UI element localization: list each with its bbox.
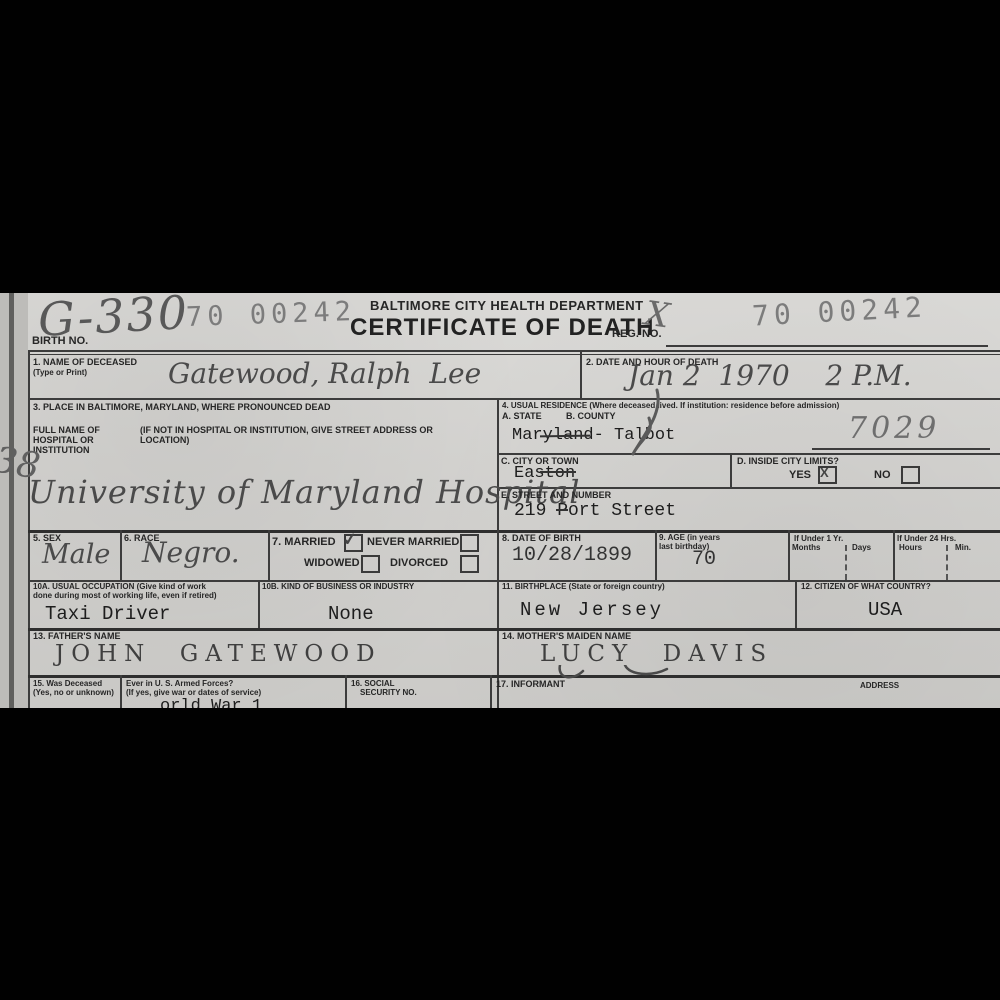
name-sublabel: (Type or Print) [33, 368, 87, 377]
mother-label: 14. MOTHER'S MAIDEN NAME [502, 631, 631, 641]
race-value: Negro. [142, 536, 240, 569]
residence-code-handwritten: 7029 [848, 411, 940, 446]
married-label: 7. MARRIED [272, 537, 336, 547]
residence-county-label: B. COUNTY [566, 411, 616, 421]
divorced-checkbox [460, 555, 479, 573]
form-line [893, 530, 895, 580]
residence-state-label: A. STATE [502, 411, 542, 421]
form-line [258, 580, 260, 628]
father-label: 13. FATHER'S NAME [33, 631, 121, 641]
place-value: University of Maryland Hospital [28, 473, 580, 511]
reg-no-stamp: 70 00242 [751, 293, 927, 333]
under-1yr-months-label: Months [792, 543, 820, 552]
mother-value: LUCY DAVIS [540, 641, 773, 667]
father-value: JOHN GATEWOOD [55, 641, 382, 667]
divorced-label: DIVORCED [390, 558, 448, 568]
armed-forces-label-b2: (If yes, give war or dates of service) [126, 688, 261, 697]
typed-strikethrough [540, 471, 576, 473]
armed-forces-value: orld War 1 [160, 697, 262, 708]
armed-forces-label-b1: Ever in U. S. Armed Forces? [126, 679, 233, 688]
armed-forces-label-a2: (Yes, no or unknown) [33, 688, 114, 697]
scan-edge-line [9, 293, 14, 708]
form-dashed-line [946, 545, 948, 580]
widowed-label: WIDOWED [304, 558, 360, 568]
form-line [28, 675, 1000, 678]
birth-no-label: BIRTH NO. [32, 336, 88, 346]
armed-forces-label-a1: 15. Was Deceased [33, 679, 102, 688]
form-line [655, 530, 657, 580]
file-number-stamp: 70 00242 [186, 296, 357, 333]
street-value: 219 Port Street [514, 501, 676, 521]
ssn-label-1: 16. SOCIAL [351, 679, 395, 688]
occupation-value: Taxi Driver [45, 603, 170, 625]
form-line [788, 530, 790, 580]
form-line [497, 453, 1000, 455]
code-underline [812, 448, 990, 450]
reg-no-underline [666, 345, 988, 347]
under-1yr-days-label: Days [852, 543, 871, 552]
scan-edge-strip [0, 293, 28, 708]
typed-strikethrough [556, 509, 568, 511]
certificate-document: G-330 70 00242 BIRTH NO. BALTIMORE CITY … [0, 293, 1000, 708]
occupation-label-1: 10A. USUAL OCCUPATION (Give kind of work [33, 582, 206, 591]
married-checkbox-mark: ✓ [342, 529, 358, 550]
sex-value: Male [42, 539, 110, 570]
under-24hrs-hours-label: Hours [899, 543, 922, 552]
pen-stroke [555, 665, 675, 687]
under-24hrs-min-label: Min. [955, 543, 971, 552]
occupation-label-2: done during most of working life, even i… [33, 591, 217, 600]
department-name: BALTIMORE CITY HEALTH DEPARTMENT [370, 301, 630, 311]
form-border-left [28, 350, 30, 708]
place-label: 3. PLACE IN BALTIMORE, MARYLAND, WHERE P… [33, 402, 331, 412]
name-value: Gatewood, Ralph Lee [168, 357, 481, 390]
bottom-letterbox-bar [0, 708, 1000, 1000]
under-1yr-label: If Under 1 Yr. [794, 534, 843, 543]
form-line [28, 398, 1000, 400]
place-sublabel-street: (IF NOT IN HOSPITAL OR INSTITUTION, GIVE… [140, 425, 470, 445]
informant-address-label: ADDRESS [860, 681, 899, 690]
scanned-death-certificate: G-330 70 00242 BIRTH NO. BALTIMORE CITY … [0, 0, 1000, 1000]
form-line [28, 354, 1000, 355]
citizen-value: USA [868, 599, 902, 621]
form-line [120, 675, 122, 708]
never-married-label: NEVER MARRIED [367, 537, 459, 547]
dob-value: 10/28/1899 [512, 544, 632, 567]
yes-checkbox-mark: X [820, 465, 829, 480]
residence-city-value: Easton [514, 464, 575, 483]
ssn-label-2: SECURITY NO. [360, 688, 417, 697]
form-line [580, 350, 582, 398]
name-label: 1. NAME OF DECEASED [33, 357, 137, 367]
form-line [120, 530, 122, 580]
form-line [268, 530, 270, 580]
form-line [28, 350, 1000, 352]
business-value: None [328, 603, 374, 625]
form-line [490, 675, 492, 708]
citizen-label: 12. CITIZEN OF WHAT COUNTRY? [801, 582, 931, 591]
place-sublabel-hospital-2: HOSPITAL OR [33, 435, 94, 445]
form-line [730, 453, 732, 487]
form-line [497, 398, 499, 708]
no-label: NO [874, 470, 891, 480]
business-label: 10B. KIND OF BUSINESS OR INDUSTRY [262, 582, 414, 591]
dob-label: 8. DATE OF BIRTH [502, 533, 581, 543]
never-married-checkbox [460, 534, 479, 552]
yes-label: YES [789, 470, 811, 480]
place-sublabel-hospital-1: FULL NAME OF [33, 425, 100, 435]
form-line [345, 675, 347, 708]
under-24hrs-label: If Under 24 Hrs. [897, 534, 956, 543]
widowed-checkbox [361, 555, 380, 573]
birthplace-value: New Jersey [520, 599, 664, 621]
pen-stroke [615, 388, 675, 458]
residence-label: 4. USUAL RESIDENCE (Where deceased lived… [502, 401, 997, 410]
street-label: E. STREET AND NUMBER [501, 490, 611, 500]
form-dashed-line [845, 545, 847, 580]
no-checkbox [901, 466, 920, 484]
birthplace-label: 11. BIRTHPLACE (State or foreign country… [502, 582, 665, 591]
top-letterbox-bar [0, 0, 1000, 293]
certificate-title: CERTIFICATE OF DEATH [350, 315, 650, 341]
age-value: 70 [692, 548, 716, 571]
age-label-1: 9. AGE (in years [659, 533, 720, 542]
form-line [795, 580, 797, 628]
reg-no-label: REG. NO. [612, 329, 662, 339]
